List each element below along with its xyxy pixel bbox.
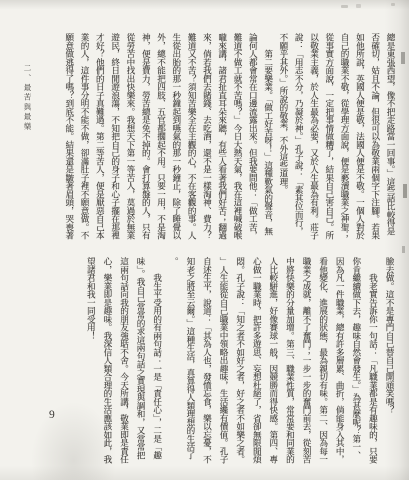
- text-column: 我生平受用的有兩句話：一是「責任心」，二是「趣: [149, 257, 166, 469]
- page-edge-mark: [402, 246, 405, 253]
- lesson-margin-label: 二、最苦與最樂: [22, 64, 33, 184]
- text-column: 論何人都會常在口邊流露出來。但我要問他：「做工苦，: [245, 33, 260, 247]
- text-column: 生從出胎的那一秒鐘起到嚥氣的那一秒鐘止，除了睡覺以: [169, 33, 184, 247]
- page-edge-mark: [403, 184, 407, 198]
- text-column: 中將快樂的分量加增。第三、職業性質，常常要和同業的: [282, 257, 299, 469]
- scan-speck: [356, 4, 361, 8]
- text-column: 以敬業主義，於人生最為必要，又於人生最為有利。莊子: [306, 33, 321, 247]
- text-column: 從勞苦中找出快樂來。我想天下第一等苦人，莫過於無業: [123, 33, 138, 247]
- text-column: 悶。孔子說：「知之者不如好之者，好之者不如樂之者。: [232, 257, 249, 469]
- text-column: 嚨來講，諸君扯直耳朵來聽，有些人看著我們好苦；翻過: [214, 33, 229, 247]
- text-column: 看他變化、進展的狀態，最為親切有味。第二、因為每一: [315, 257, 332, 469]
- lower-text-register: 臉去做。這不是專門自己替自己開頑笑嗎？ 我老實告訴你一句話：「凡職業都是有趣味的…: [83, 257, 398, 469]
- text-column: 神，便是費力，勞苦總是免不掉的。會打算盤的人，只有: [138, 33, 153, 247]
- text-column: 外，總不能把四肢、五官都擱起不用。只要一用，不是淘: [153, 33, 168, 247]
- text-column: 人比較駢進，好像賽球一般，因競勝而得快感。第四、專: [265, 257, 282, 469]
- text-column: 心做一職業時，把許多遊思、妄想杜絕了，省卻無限閒煩: [249, 257, 266, 469]
- text-column: 這兩句話向我的朋友強聒不舍。今天所講，敬業即是責任: [116, 257, 133, 469]
- text-column: 遊民，終日閒遊浪蕩，不知把自己的身子和心子擺在那裡: [107, 33, 122, 247]
- text-column: 說：「用志不分，乃凝於神。」孔子說：「素其位而行，: [291, 33, 306, 247]
- text-column: 如他所說，英國人便是敬，法國人便是不敬。一個人對於: [352, 33, 367, 247]
- text-column: 來，倘若我們去賭錢、去吃酒，還不是一樣淘神、費力？: [199, 33, 214, 247]
- scan-speck: [391, 3, 395, 6]
- scan-speck: [341, 5, 348, 8]
- text-column: 。: [166, 257, 183, 469]
- text-column: 難道又不苦？須知苦樂全在主觀的心，不在客觀的事。人: [184, 33, 199, 247]
- text-column: 自己的職業不敬，從學理方面說，便是褻瀆職業之神聖；: [337, 33, 352, 247]
- page-edge-mark: [401, 52, 405, 64]
- text-column: 自述生平，說道：「其為人也，發憤忘食，樂以忘憂，不: [199, 257, 216, 469]
- text-column: 」人生能從自己職業中領略出趣味，生活纔有價值。孔子: [215, 257, 232, 469]
- upper-text-register: 總是東張西望，像不把走路當一回事。」這些話比較得是否確切，姑且不論，但很可以為敬…: [61, 33, 398, 247]
- text-column: 業的人，這件事分明不能不做，卻滿肚子裡不願意做。不: [77, 33, 92, 247]
- text-column: 你肯繼續做下去，趣味自然會發生。」為甚麼呢？第一、: [348, 257, 365, 469]
- book-page-scan: 總是東張西望，像不把走路當一回事。」這些話比較得是否確切，姑且不論，但很可以為敬…: [0, 0, 409, 480]
- text-column: 望諸君和我一同受用！: [83, 257, 100, 469]
- page-number: 9: [49, 409, 55, 421]
- text-column: 職業之成就，離不了奮鬥；一步一步的奮鬥前去，從刻苦: [298, 257, 315, 469]
- text-column: 味」。我自己常常的求這兩句話之實現與調和，又常常把: [133, 257, 150, 469]
- text-column: 臉去做。這不是專門自己替自己開頑笑嗎？: [381, 257, 398, 469]
- text-column: 從事實方面說，一定把事情做糟了，結果自己害自己。所: [322, 33, 337, 247]
- text-column: 總是東張西望，像不把走路當一回事。」這些話比較得是: [383, 33, 398, 247]
- text-column: 不願乎其外。」所說的敬業，不外這些道理。: [276, 33, 291, 247]
- text-column: 知老之將至云爾。」這種生活，真算得人類理想的生活了: [182, 257, 199, 469]
- text-column: 心，樂業即是趣味。我深信人類合理的生活應該如此，我: [99, 257, 116, 469]
- text-column: 第二要樂業。「做工好苦呀！」這種歎氣的聲音，無: [260, 33, 275, 247]
- text-column: 才好？他們的日子真難過。第二等苦人，便是厭惡自己本: [92, 33, 107, 247]
- text-column: 因為凡一件職業，總有許多層累、曲折，倘能身入其中，: [332, 257, 349, 469]
- text-column: 難道不做工就不苦嗎？」今日大熱天氣，我在這裡喊破喉: [230, 33, 245, 247]
- text-column: 願意做逃得了嗎？到底不能。結果還是皺著眉頭，哭喪著: [61, 33, 76, 247]
- text-column: 我老實告訴你一句話：「凡職業都是有趣味的，只要: [365, 257, 382, 469]
- text-column: 否確切，姑且不論，但很可以為敬業兩個字下注腳。若果: [367, 33, 382, 247]
